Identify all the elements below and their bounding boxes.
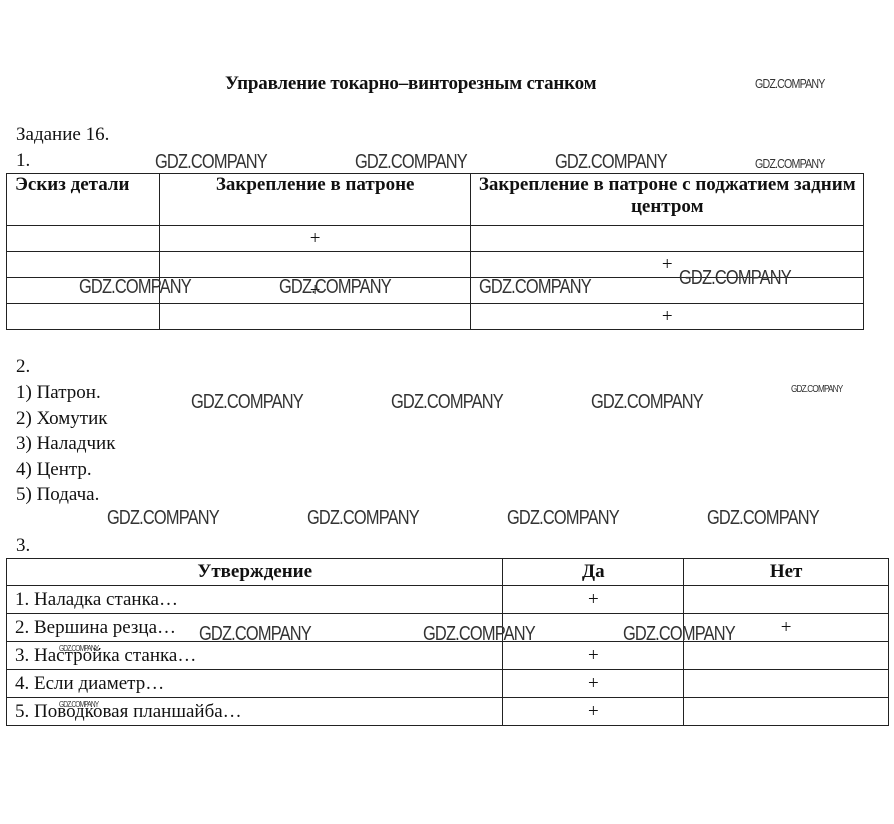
cell-no [684,586,889,614]
section1-number: 1. [16,150,30,172]
section2-number: 2. [16,356,30,378]
watermark: GDZ.COMPANY [679,267,791,290]
list-item: 5) Подача. [16,482,115,508]
watermark: GDZ.COMPANY [555,151,667,174]
watermark: GDZ.COMPANY [199,623,311,646]
watermark: GDZ.COMPANY [79,276,191,299]
header-chuck: Закрепление в патроне [159,174,471,226]
cell-yes: + [503,670,684,698]
watermark: GDZ.COMPANY [755,76,825,91]
watermark: GDZ.COMPANY [479,276,591,299]
cell-yes: + [503,586,684,614]
cell-no [684,670,889,698]
table-header-row: Эскиз детали Закрепление в патроне Закре… [7,174,864,226]
header-sketch: Эскиз детали [7,174,160,226]
list-item: 1) Патрон. [16,380,115,406]
header-yes: Да [503,559,684,586]
watermark: GDZ.COMPANY [707,507,819,530]
section3-number: 3. [16,535,30,557]
table-row: 1. Наладка станка… + [7,586,889,614]
table-row: + [7,304,864,330]
list-item: 2) Хомутик [16,406,115,432]
watermark: GDZ.COMPANY [591,391,703,414]
header-chuck-center: Закрепление в патроне с поджатием задним… [471,174,864,226]
watermark: GDZ.COMPANY [355,151,467,174]
watermark: GDZ.COMPANY [107,507,219,530]
cell-chuck: + [159,226,471,252]
header-statement: Утверждение [7,559,503,586]
cell-yes: + [503,698,684,726]
table-row: 4. Если диаметр… + [7,670,889,698]
parts-list: 1) Патрон. 2) Хомутик 3) Наладчик 4) Цен… [16,380,115,508]
cell-chuck [159,304,471,330]
table-row: + [7,226,864,252]
watermark: GDZ.COMPANY [155,151,267,174]
watermark: GDZ.COMPANY [755,156,825,171]
cell-statement: 1. Наладка станка… [7,586,503,614]
cell-sketch [7,226,160,252]
watermark: GDZ.COMPANY [59,700,98,709]
document-title: Управление токарно–винторезным станком [225,73,596,95]
watermark: GDZ.COMPANY [507,507,619,530]
list-item: 3) Наладчик [16,431,115,457]
cell-chuck-center: + [471,252,864,278]
cell-chuck [159,252,471,278]
header-no: Нет [684,559,889,586]
cell-no [684,698,889,726]
cell-statement: 4. Если диаметр… [7,670,503,698]
cell-chuck-center [471,226,864,252]
table-header-row: Утверждение Да Нет [7,559,889,586]
watermark: GDZ.COMPANY [191,391,303,414]
cell-sketch [7,304,160,330]
watermark: GDZ.COMPANY [623,623,735,646]
watermark: GDZ.COMPANY [791,384,842,395]
cell-sketch [7,252,160,278]
watermark: GDZ.COMPANY [59,644,98,653]
watermark: GDZ.COMPANY [279,276,391,299]
watermark: GDZ.COMPANY [391,391,503,414]
watermark: GDZ.COMPANY [307,507,419,530]
clamping-table: Эскиз детали Закрепление в патроне Закре… [6,173,864,330]
cell-chuck-center: + [471,304,864,330]
task-label: Задание 16. [16,124,109,146]
watermark: GDZ.COMPANY [423,623,535,646]
table-row: 5. Поводковая планшайба… + [7,698,889,726]
list-item: 4) Центр. [16,457,115,483]
